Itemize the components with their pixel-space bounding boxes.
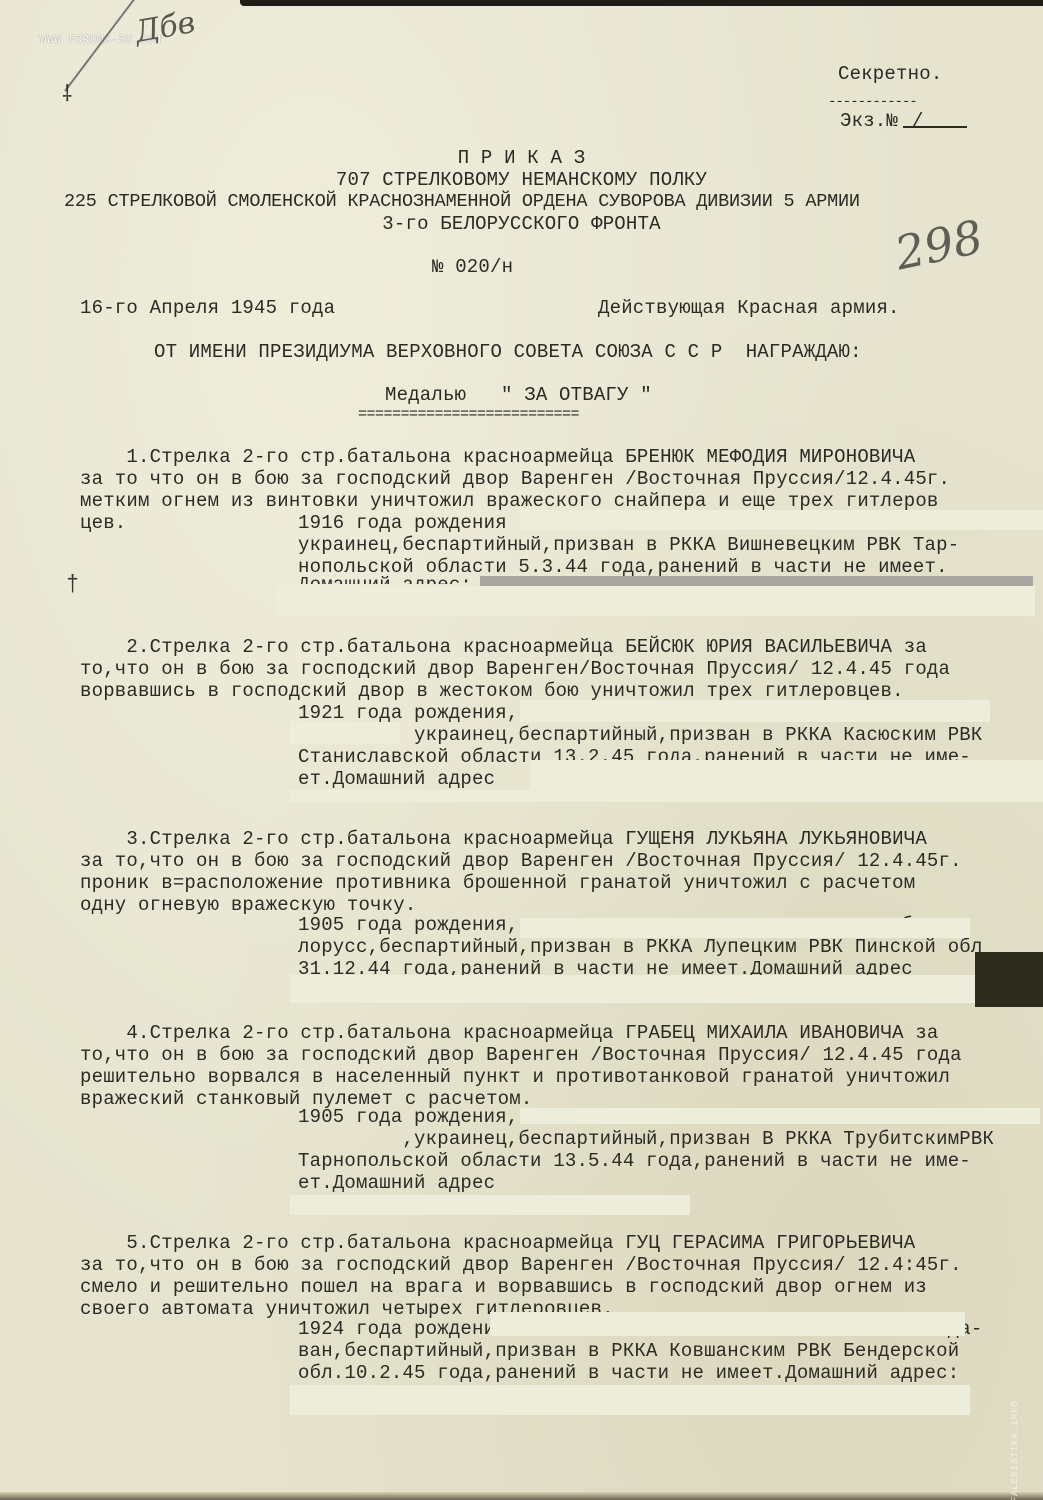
bio-line: лорусс,беспартийный,призван в РККА Лупец…: [298, 936, 983, 958]
pin-hole-mark: ⸸: [62, 78, 72, 108]
redaction-block: [520, 700, 990, 722]
document-page: WWW.FORUMS-SU.COM Дбв ⸸ Секретно. ------…: [0, 0, 1043, 1500]
entry-line: 5.Стрелка 2-го стр.батальона красноармей…: [80, 1232, 915, 1254]
bio-line: ет.Домашний адрес: [298, 768, 495, 790]
entry-line: за то,что он в бою за господский двор Ва…: [80, 1254, 962, 1276]
entry-line: ворвавшись в господский двор в жестоком …: [80, 680, 904, 702]
entry-line: за то что он в бою за господский двор Ва…: [80, 468, 950, 490]
redaction-block-dark: [975, 952, 1043, 1007]
bio-line: ,украинец,беспартийный,призван В РККА Тр…: [298, 1128, 994, 1150]
bio-line: ет.Домашний адрес: [298, 1172, 495, 1194]
entry-line: то,что он в бою за господский двор Варен…: [80, 1044, 962, 1066]
entry-line: смело и решительно пошел на врага и ворв…: [80, 1276, 927, 1298]
bio-line: украинец,беспартийный,призван в РККА Кас…: [298, 724, 983, 746]
preamble: ОТ ИМЕНИ ПРЕЗИДИУМА ВЕРХОВНОГО СОВЕТА СО…: [154, 341, 862, 363]
title-front: 3-го БЕЛОРУССКОГО ФРОНТА: [0, 213, 1043, 235]
redaction-block: [530, 760, 1043, 790]
copy-number-underline: [903, 126, 967, 128]
bio-line: 1916 года рождения: [298, 512, 507, 534]
redaction-block: [520, 918, 970, 938]
order-place: Действующая Красная армия.: [598, 297, 900, 319]
entry-line: одну огневую вражескую точку.: [80, 894, 416, 916]
scan-top-edge: [240, 0, 1043, 6]
copy-number-label: Экз.№/: [840, 110, 924, 132]
bio-line: Домашний адрес:: [298, 574, 472, 584]
entry-line: цев.: [80, 512, 126, 534]
doc-type-title: П Р И К А З: [0, 147, 1043, 169]
side-watermark: FALERISTIKA.INFO: [1010, 1400, 1020, 1500]
bio-line: обл.10.2.45 года,ранений в части не имее…: [298, 1362, 959, 1384]
margin-mark: †: [66, 572, 79, 597]
bio-line: 1921 года рождения,: [298, 702, 518, 724]
redaction-block: [520, 510, 1043, 530]
scan-bottom-edge: [0, 1492, 1043, 1500]
redaction-block: [290, 790, 1043, 802]
entry-line: решительно ворвался в населенный пункт и…: [80, 1066, 950, 1088]
redaction-block: [290, 722, 400, 744]
title-regiment: 707 СТРЕЛКОВОМУ НЕМАНСКОМУ ПОЛКУ: [0, 169, 1043, 191]
entry-line: 3.Стрелка 2-го стр.батальона красноармей…: [80, 828, 927, 850]
redaction-block: [520, 1108, 1040, 1124]
bio-line: украинец,беспартийный,призван в РККА Виш…: [298, 534, 959, 556]
redaction-block: [290, 1195, 690, 1215]
order-number: № 020/н: [432, 256, 513, 278]
entry-line: 2.Стрелка 2-го стр.батальона красноармей…: [80, 636, 927, 658]
redaction-block: [290, 975, 975, 1003]
redaction-block: [275, 586, 1035, 616]
entry-line: 4.Стрелка 2-го стр.батальона красноармей…: [80, 1022, 939, 1044]
bio-line: ван,беспартийный,призван в РККА Ковшанск…: [298, 1340, 959, 1362]
entry-line: 1.Стрелка 2-го стр.батальона красноармей…: [80, 446, 915, 468]
award-name: Медалью " ЗА ОТВАГУ ": [385, 384, 652, 406]
bio-line: 1905 года рождения,: [298, 1106, 518, 1128]
entry-line: метким огнем из винтовки уничтожил враже…: [80, 490, 939, 512]
order-date: 16-го Апреля 1945 года: [80, 297, 335, 319]
classification-label: Секретно.: [838, 63, 942, 85]
redaction-block: [290, 1385, 970, 1415]
entry-line: то,что он в бою за господский двор Варен…: [80, 658, 950, 680]
handwritten-signature: Дбв: [132, 5, 197, 50]
redaction-block: [490, 1312, 965, 1336]
copy-number: /: [912, 110, 924, 132]
bio-line: Тарнопольской области 13.5.44 года,ранен…: [298, 1150, 971, 1172]
entry-line: проник в=расположение противника брошенн…: [80, 872, 915, 894]
title-division: 225 СТРЕЛКОВОЙ СМОЛЕНСКОЙ КРАСНОЗНАМЕННО…: [64, 191, 860, 213]
award-underline: ==========================: [358, 404, 579, 426]
copy-label: Экз.№: [840, 110, 898, 132]
entry-line: за то,что он в бою за господский двор Ва…: [80, 850, 962, 872]
